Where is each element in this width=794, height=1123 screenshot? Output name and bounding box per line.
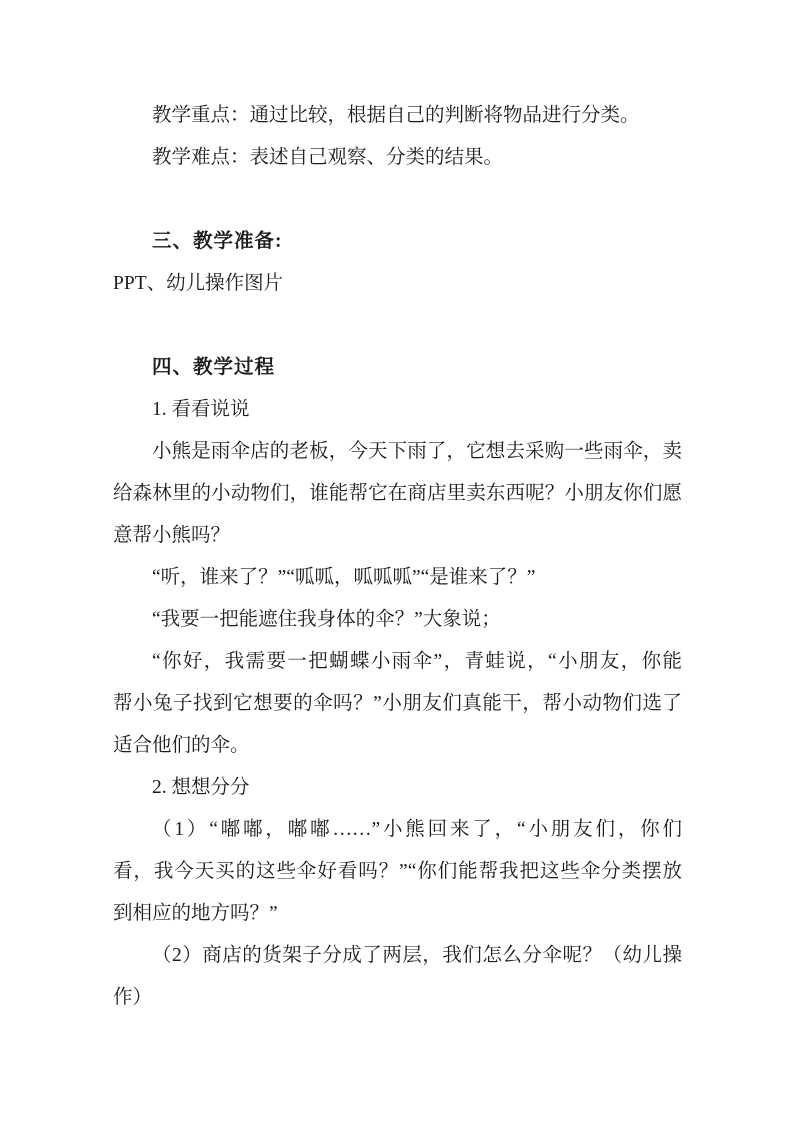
- paragraph-line: 帮小兔子找到它想要的伞吗？”小朋友们真能干，帮小动物们选了: [113, 683, 682, 725]
- step-2-title-line: 2. 想想分分: [113, 767, 682, 809]
- step-1-title-line: 1. 看看说说: [113, 389, 682, 431]
- paragraph-line: 意帮小熊吗？: [113, 515, 682, 557]
- paragraph-line: 作）: [113, 977, 682, 1019]
- section-heading-preparation: 三、教学准备:: [113, 221, 682, 263]
- paragraph-line: 到相应的地方吗？”: [113, 893, 682, 935]
- section-heading-process: 四、教学过程: [113, 347, 682, 389]
- paragraph-line: （1）“嘟嘟，嘟嘟……”小熊回来了，“小朋友们，你们: [113, 809, 682, 851]
- paragraph-line: （2）商店的货架子分成了两层，我们怎么分伞呢？（幼儿操: [113, 935, 682, 977]
- dialogue-line: “听，谁来了？”“呱呱，呱呱呱”“是谁来了？”: [113, 557, 682, 599]
- blank-line: [113, 305, 682, 347]
- teaching-key-point-line: 教学重点：通过比较，根据自己的判断将物品进行分类。: [113, 95, 682, 137]
- preparation-materials-line: PPT、幼儿操作图片: [113, 263, 682, 305]
- paragraph-line: 给森林里的小动物们，谁能帮它在商店里卖东西呢？小朋友你们愿: [113, 473, 682, 515]
- paragraph-line: 适合他们的伞。: [113, 725, 682, 767]
- paragraph-line: 看，我今天买的这些伞好看吗？”“你们能帮我把这些伞分类摆放: [113, 851, 682, 893]
- blank-line: [113, 179, 682, 221]
- teaching-difficulty-line: 教学难点：表述自己观察、分类的结果。: [113, 137, 682, 179]
- dialogue-line: “我要一把能遮住我身体的伞？”大象说；: [113, 599, 682, 641]
- document-page: 教学重点：通过比较，根据自己的判断将物品进行分类。 教学难点：表述自己观察、分类…: [0, 0, 794, 1123]
- paragraph-line: “你好，我需要一把蝴蝶小雨伞”，青蛙说，“小朋友，你能: [113, 641, 682, 683]
- paragraph-line: 小熊是雨伞店的老板，今天下雨了，它想去采购一些雨伞，卖: [113, 431, 682, 473]
